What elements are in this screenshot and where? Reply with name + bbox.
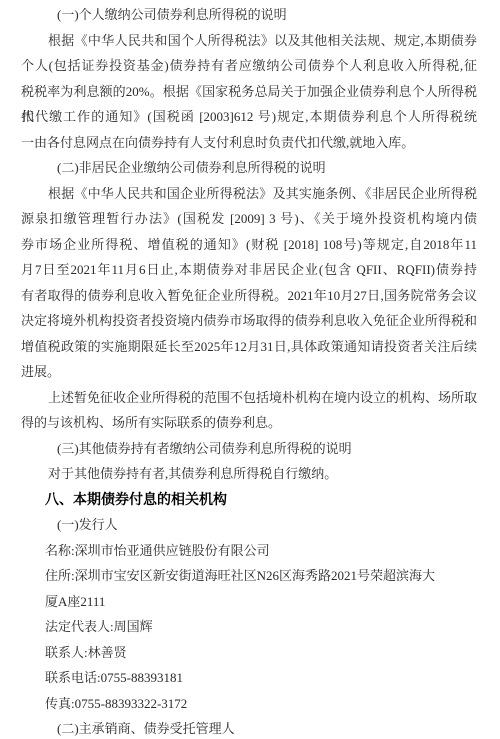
subsection-heading: (二)非居民企业缴纳公司债券利息所得税的说明: [21, 155, 477, 181]
paragraph-line: 根据《中华人民共和国企业所得税法》及其实施条例、《非居民企业所得税: [21, 181, 477, 207]
paragraph-line: 扣代缴工作的通知》(国税函 [2003]612 号)规定,本期债券利息个人所得税…: [21, 104, 477, 130]
paragraph-line: 对于其他债券持有者,其债券利息所得税自行缴纳。: [21, 461, 477, 487]
paragraph-line: 个人(包括证券投资基金)债券持有者应缴纳公司债券个人利息收入所得税,征: [21, 53, 477, 79]
subsection-heading: (一)个人缴纳公司债券利息所得税的说明: [21, 2, 477, 28]
info-line: 传真:0755-88393322-3172: [21, 691, 477, 717]
info-line: 联系电话:0755-88393181: [21, 665, 477, 691]
subsection-heading: (一)发行人: [21, 512, 477, 538]
info-line: 住所:深圳市宝安区新安街道海旺社区N26区海秀路2021号荣超滨海大: [21, 563, 477, 589]
paragraph-line: 税税率为利息额的20%。根据《国家税务总局关于加强企业债券利息个人所得税代: [21, 79, 477, 105]
paragraph-line: 券市场企业所得税、增值税的通知》(财税 [2018] 108号)等规定,自201…: [21, 232, 477, 258]
section-heading: 八、本期债券付息的相关机构: [21, 487, 477, 513]
paragraph-line: 上述暂免征收企业所得税的范围不包括境朴机构在境内设立的机构、场所取: [21, 385, 477, 411]
info-line: 厦A座2111: [21, 589, 477, 615]
paragraph-line: 有者取得的债券利息收入暂免征企业所得税。2021年10月27日,国务院常务会议: [21, 283, 477, 309]
info-line: 法定代表人:周国辉: [21, 614, 477, 640]
paragraph-line: 月7日至2021年11月6日止,本期债券对非居民企业(包含 QFII、RQFII…: [21, 257, 477, 283]
info-line: 名称:深圳市怡亚通供应链股份有限公司: [21, 538, 477, 564]
paragraph-line: 决定将境外机构投资者投资境内债券市场取得的债券利息收入免征企业所得税和: [21, 308, 477, 334]
paragraph-line: 增值税政策的实施期限延长至2025年12月31日,具体政策通知请投资者关注后续: [21, 334, 477, 360]
info-line: 联系人:林善贤: [21, 640, 477, 666]
paragraph-line: 得的与该机构、场所有实际联系的债券利息。: [21, 410, 477, 436]
document-page: (一)个人缴纳公司债券利息所得税的说明根据《中华人民共和国个人所得税法》以及其他…: [0, 0, 500, 739]
subsection-heading: (三)其他债券持有者缴纳公司债券利息所得税的说明: [21, 436, 477, 462]
paragraph-line: 进展。: [21, 359, 477, 385]
paragraph-line: 源泉扣缴管理暂行办法》(国税发 [2009] 3 号)、《关于境外投资机构境内债: [21, 206, 477, 232]
paragraph-line: 一由各付息网点在向债券持有人支付利息时负责代扣代缴,就地入库。: [21, 130, 477, 156]
subsection-heading: (二)主承销商、债券受托管理人: [21, 716, 477, 739]
paragraph-line: 根据《中华人民共和国个人所得税法》以及其他相关法规、规定,本期债券: [21, 28, 477, 54]
